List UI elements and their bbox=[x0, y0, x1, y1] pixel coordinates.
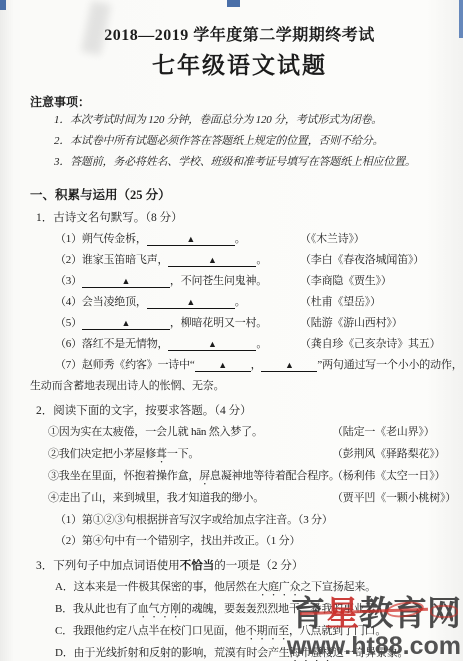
q2-item-3-text: ③我坐在里面，怀抱着操作盒， bbox=[48, 470, 199, 482]
q2-item-2-text: ②我们决定把小茅屋修 bbox=[48, 448, 156, 460]
q2-item-2: ②我们决定把小茅屋修葺一下。 （彭荆风《驿路梨花》） bbox=[30, 444, 449, 466]
q1-item-2-source: （李白《春夜洛城闻笛》） bbox=[300, 250, 424, 271]
q1-item-1-pre: （1）朔气传金柝， bbox=[55, 233, 147, 245]
q3-option-d-pre: D．由于光线折射和反射的影响，荒漠有时会产生 bbox=[55, 647, 290, 659]
section1-heading: 一、积累与运用（25 分） bbox=[30, 186, 449, 204]
watermark-url: www.ht88.com bbox=[287, 633, 461, 659]
q1-item-6-source: （龚自珍《己亥杂诗》其五） bbox=[300, 334, 440, 355]
q1-item-3: （3）▲，不问苍生问鬼神。 （李商隐《贾生》） bbox=[30, 271, 449, 292]
q3-option-a-emph: 大庭广众 bbox=[257, 581, 300, 593]
q1-item-3-pre: （3） bbox=[55, 275, 82, 287]
q2-item-3: ③我坐在里面，怀抱着操作盒，屏息凝神地等待着配合程序。 （杨利伟《太空一日》） bbox=[30, 466, 449, 488]
q1-item-5-pre: （5） bbox=[55, 317, 82, 329]
q3-option-a-post: 之下宣扬起来。 bbox=[300, 581, 376, 593]
q2-item-1-text: ①因为实在太疲倦，一会儿就 hān 然入梦了。 bbox=[48, 426, 263, 438]
answer-blank: ▲ bbox=[147, 297, 235, 309]
q1-item-7: （7）赵师秀《约客》一诗中“▲，▲”两句通过写一个小小的动作， bbox=[30, 355, 449, 376]
q2-item-2-emph: 葺 bbox=[156, 448, 167, 460]
scan-blue-edge-artifact bbox=[459, 0, 463, 38]
q1-item-7-comma: ， bbox=[251, 359, 262, 371]
q1-item-4-source: （杜甫《望岳》） bbox=[300, 292, 381, 313]
q2-item-4-text: ④走出了山，来到城里，我才知道我的缈小。 bbox=[48, 492, 264, 504]
notice-item-1: 1．本次考试时间为 120 分钟，卷面总分为 120 分，考试形式为闭卷。 bbox=[30, 110, 449, 131]
q2-stem: 2．阅读下面的文字，按要求答题。（4 分） bbox=[30, 401, 449, 422]
q1-item-1: （1）朔气传金柝，▲。 （《木兰诗》） bbox=[30, 229, 449, 250]
notice-item-2: 2．本试卷中所有试题必须作答在答题纸上规定的位置，否则不给分。 bbox=[30, 131, 449, 152]
q1-item-6: （6）落红不是无情物，▲。 （龚自珍《己亥杂诗》其五） bbox=[30, 334, 449, 355]
q1-item-5-source: （陆游《游山西村》） bbox=[300, 313, 403, 334]
q1-item-1-source: （《木兰诗》） bbox=[300, 229, 365, 250]
q3-stem-post: 的一项是（2 分） bbox=[214, 560, 303, 572]
q3-stem: 3．下列句子中加点词语使用不恰当的一项是（2 分） bbox=[30, 556, 449, 577]
scan-blue-corner-artifact bbox=[0, 0, 6, 10]
watermark-char-red: 星 bbox=[325, 596, 359, 633]
answer-blank: ▲ bbox=[168, 339, 256, 351]
q3-stem-pre: 3．下列句子中加点词语使用 bbox=[36, 560, 180, 572]
q2-item-4-source: （贾平凹《一颗小桃树》） bbox=[332, 488, 456, 509]
q3-option-b-pre: B．我从此也有了 bbox=[55, 603, 138, 615]
q1-item-7-post: ”两句通过写一个小小的动作， bbox=[317, 359, 462, 371]
q1-item-7-continuation: 生动而含蓄地表现出诗人的怅惘、无奈。 bbox=[30, 376, 449, 397]
q1-item-4-pre: （4）会当凌绝顶， bbox=[55, 296, 147, 308]
answer-blank: ▲ bbox=[261, 360, 317, 372]
exam-subject-title: 七年级语文试题 bbox=[30, 51, 449, 81]
q1-item-7-pre: （7）赵师秀《约客》一诗中“ bbox=[55, 359, 195, 371]
red-pen-circle-mark bbox=[430, 605, 458, 618]
q1-item-6-post: 。 bbox=[256, 338, 267, 350]
q2-item-1: ①因为实在太疲倦，一会儿就 hān 然入梦了。 （陆定一《老山界》） bbox=[30, 422, 449, 444]
q3-option-a-pre: A．这本来是一件极其保密的事，他居然在 bbox=[55, 581, 257, 593]
q1-item-4: （4）会当凌绝顶，▲。 （杜甫《望岳》） bbox=[30, 292, 449, 313]
q3-option-c-pre: C．我跟他约定八点半在校门口见面，他 bbox=[55, 625, 246, 637]
q1-item-6-pre: （6）落红不是无情物， bbox=[55, 338, 168, 350]
q1-item-5-post: ，柳暗花明又一村。 bbox=[170, 317, 267, 329]
q1-item-1-post: 。 bbox=[235, 233, 246, 245]
q1-item-5: （5）▲，柳暗花明又一村。 （陆游《游山西村》） bbox=[30, 313, 449, 334]
answer-blank: ▲ bbox=[82, 276, 170, 288]
q2-item-2-post: 一下。 bbox=[167, 448, 199, 460]
q2-sub-1: （1）第①②③句根据拼音写汉字或给加点字注音。（3 分） bbox=[30, 510, 449, 531]
q1-item-4-post: 。 bbox=[235, 296, 246, 308]
q2-item-3-post: 息凝神地等待着配合程序。 bbox=[210, 470, 340, 482]
answer-blank: ▲ bbox=[168, 255, 256, 267]
scan-blue-top-artifact bbox=[227, 0, 240, 7]
q2-item-3-emph: 屏 bbox=[199, 470, 210, 482]
q2-item-1-source: （陆定一《老山界》） bbox=[332, 422, 435, 443]
q1-item-2-pre: （2）谁家玉笛暗飞声， bbox=[55, 254, 168, 266]
q2-item-2-source: （彭荆风《驿路梨花》） bbox=[332, 444, 445, 465]
page-content: 2018—2019 学年度第二学期期终考试 七年级语文试题 注意事项： 1．本次… bbox=[30, 26, 449, 661]
q2-sub-2: （2）第④句中有一个错别字，找出并改正。（1 分） bbox=[30, 531, 449, 552]
q2-item-3-source: （杨利伟《太空一日》） bbox=[332, 466, 445, 487]
exam-paper-page: 2018—2019 学年度第二学期期终考试 七年级语文试题 注意事项： 1．本次… bbox=[0, 0, 463, 661]
q1-item-2: （2）谁家玉笛暗飞声，▲。 （李白《春夜洛城闻笛》） bbox=[30, 250, 449, 271]
q3-stem-bold: 不恰当 bbox=[180, 560, 215, 572]
answer-blank: ▲ bbox=[147, 234, 235, 246]
q3-option-c-emph: 不期而至 bbox=[246, 625, 289, 637]
q1-item-3-post: ，不问苍生问鬼神。 bbox=[170, 275, 267, 287]
q3-option-b-emph: 血气方刚 bbox=[138, 603, 181, 615]
notice-item-3: 3．答题前，务必将姓名、学校、班级和准考证号填写在答题纸上相应位置。 bbox=[30, 152, 449, 173]
q1-item-3-source: （李商隐《贾生》） bbox=[300, 271, 392, 292]
notice-heading: 注意事项： bbox=[30, 94, 449, 110]
answer-blank: ▲ bbox=[82, 318, 170, 330]
q2-item-4: ④走出了山，来到城里，我才知道我的缈小。 （贾平凹《一颗小桃树》） bbox=[30, 488, 449, 510]
q1-stem: 1．古诗文名句默写。（8 分） bbox=[30, 208, 449, 229]
q1-item-2-post: 。 bbox=[256, 254, 267, 266]
answer-blank: ▲ bbox=[195, 360, 251, 372]
